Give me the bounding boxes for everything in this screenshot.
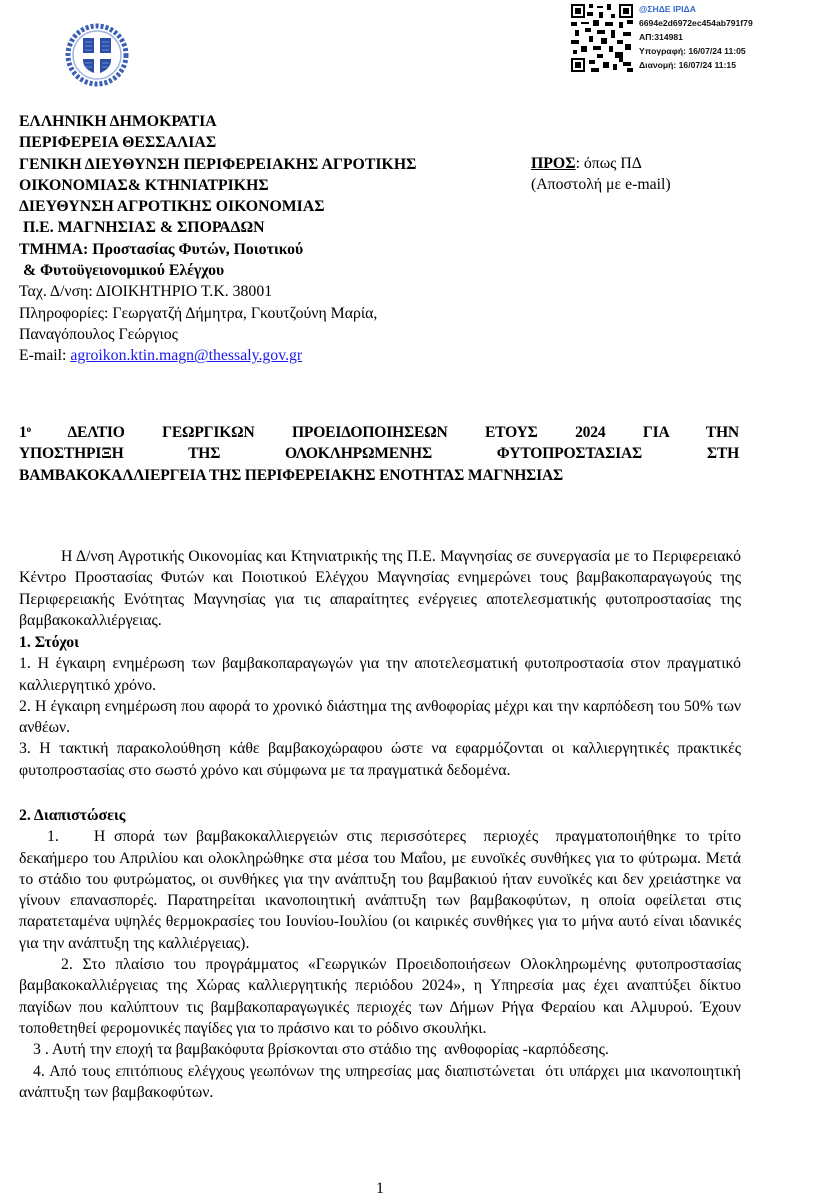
qr-code-icon — [571, 4, 633, 72]
title-line: ΒΑΜΒΑΚΟΚΑΛΛΙΕΡΓΕΙΑ ΤΗΣ ΠΕΡΙΦΕΡΕΙΑΚΗΣ ΕΝΟ… — [19, 465, 739, 486]
list-item: 3 . Αυτή την εποχή τα βαμβακόφυτα βρίσκο… — [19, 1039, 741, 1060]
section-findings: 2. Διαπιστώσεις 1. Η σπορά των βαμβακοκα… — [19, 805, 741, 1103]
section-goals: 1. Στόχοι 1. Η έγκαιρη ενημέρωση των βαμ… — [19, 632, 741, 781]
recipient-label: ΠΡΟΣ — [531, 155, 576, 172]
contact-info: Πληροφορίες: Γεωργατζή Δήμητρα, Γκουτζού… — [19, 303, 416, 324]
title-line: ΥΠΟΣΤΗΡΙΞΗ ΤΗΣ ΟΛΟΚΛΗΡΩΜΕΝΗΣ ΦΥΤΟΠΡΟΣΤΑΣ… — [19, 443, 739, 464]
recipient-note: (Αποστολή με e-mail) — [531, 174, 671, 195]
sender-block: ΕΛΛΗΝΙΚΗ ΔΗΜΟΚΡΑΤΙΑ ΠΕΡΙΦΕΡΕΙΑ ΘΕΣΣΑΛΙΑΣ… — [19, 111, 416, 367]
recipient-value: : όπως ΠΔ — [576, 155, 642, 172]
page-number: 1 — [0, 1180, 760, 1198]
postal-address: Ταχ. Δ/νση: ΔΙΟΙΚΗΤΗΡΙΟ Τ.Κ. 38001 — [19, 281, 416, 302]
stamp-signature-date: Υπογραφή: 16/07/24 11:05 — [639, 44, 753, 58]
header-line: ΔΙΕΥΘΥΝΣΗ ΑΓΡΟΤΙΚΗΣ ΟΙΚΟΝΟΜΙΑΣ — [19, 196, 416, 217]
list-item: 1. Η σπορά των βαμβακοκαλλιεργειών στις … — [19, 826, 741, 954]
stamp-protocol-number: ΑΠ:314981 — [639, 30, 753, 44]
header-line: ΠΕΡΙΦΕΡΕΙΑ ΘΕΣΣΑΛΙΑΣ — [19, 132, 416, 153]
email-link[interactable]: agroikon.ktin.magn@thessaly.gov.gr — [70, 347, 302, 364]
list-item: 3. Η τακτική παρακολούθηση κάθε βαμβακοχ… — [19, 738, 741, 781]
title-number: 1 — [19, 424, 27, 441]
section-heading: 2. Διαπιστώσεις — [19, 805, 741, 826]
list-item: 2. Στο πλαίσιο του προγράμματος «Γεωργικ… — [19, 954, 741, 1039]
header-line: ΤΜΗΜΑ: Προστασίας Φυτών, Ποιοτικού — [19, 239, 416, 260]
stamp-hash: 6694e2d6972ec454ab791f79 — [639, 16, 753, 30]
header-line: Π.Ε. ΜΑΓΝΗΣΙΑΣ & ΣΠΟΡΑΔΩΝ — [19, 217, 416, 238]
title-line: ΔΕΛΤΙΟ ΓΕΩΡΓΙΚΩΝ ΠΡΟΕΙΔΟΠΟΙΗΣΕΩΝ ΕΤΟΥΣ 2… — [31, 424, 739, 441]
email-label: E-mail: — [19, 347, 70, 364]
list-item: 1. Η έγκαιρη ενημέρωση των βαμβακοπαραγω… — [19, 653, 741, 696]
contact-info: Παναγόπουλος Γεώργιος — [19, 324, 416, 345]
signature-stamp: @ΣΗΔΕ ΙΡΙΔΑ 6694e2d6972ec454ab791f79 ΑΠ:… — [639, 2, 753, 72]
greek-coat-of-arms-icon — [64, 22, 130, 88]
stamp-distribution-date: Διανομή: 16/07/24 11:15 — [639, 58, 753, 72]
list-item: 4. Από τους επιτόπιους ελέγχους γεωπόνων… — [19, 1061, 741, 1104]
header-line: & Φυτοϋγειονομικού Ελέγχου — [19, 260, 416, 281]
section-heading: 1. Στόχοι — [19, 632, 741, 653]
stamp-brand: @ΣΗΔΕ ΙΡΙΔΑ — [639, 2, 753, 16]
list-item: 2. Η έγκαιρη ενημέρωση που αφορά το χρον… — [19, 696, 741, 739]
intro-paragraph: Η Δ/νση Αγροτικής Οικονομίας και Κτηνιατ… — [19, 546, 741, 631]
email-line: E-mail: agroikon.ktin.magn@thessaly.gov.… — [19, 345, 416, 366]
header-line: ΓΕΝΙΚΗ ΔΙΕΥΘΥΝΣΗ ΠΕΡΙΦΕΡΕΙΑΚΗΣ ΑΓΡΟΤΙΚΗΣ — [19, 154, 416, 175]
recipient-block: ΠΡΟΣ: όπως ΠΔ (Αποστολή με e-mail) — [531, 153, 671, 196]
header-line: ΕΛΛΗΝΙΚΗ ΔΗΜΟΚΡΑΤΙΑ — [19, 111, 416, 132]
intro-text: Η Δ/νση Αγροτικής Οικονομίας και Κτηνιατ… — [19, 546, 741, 631]
document-title: 1ο ΔΕΛΤΙΟ ΓΕΩΡΓΙΚΩΝ ΠΡΟΕΙΔΟΠΟΙΗΣΕΩΝ ΕΤΟΥ… — [19, 419, 739, 486]
header-line: ΟΙΚΟΝΟΜΙΑΣ& ΚΤΗΝΙΑΤΡΙΚΗΣ — [19, 175, 416, 196]
